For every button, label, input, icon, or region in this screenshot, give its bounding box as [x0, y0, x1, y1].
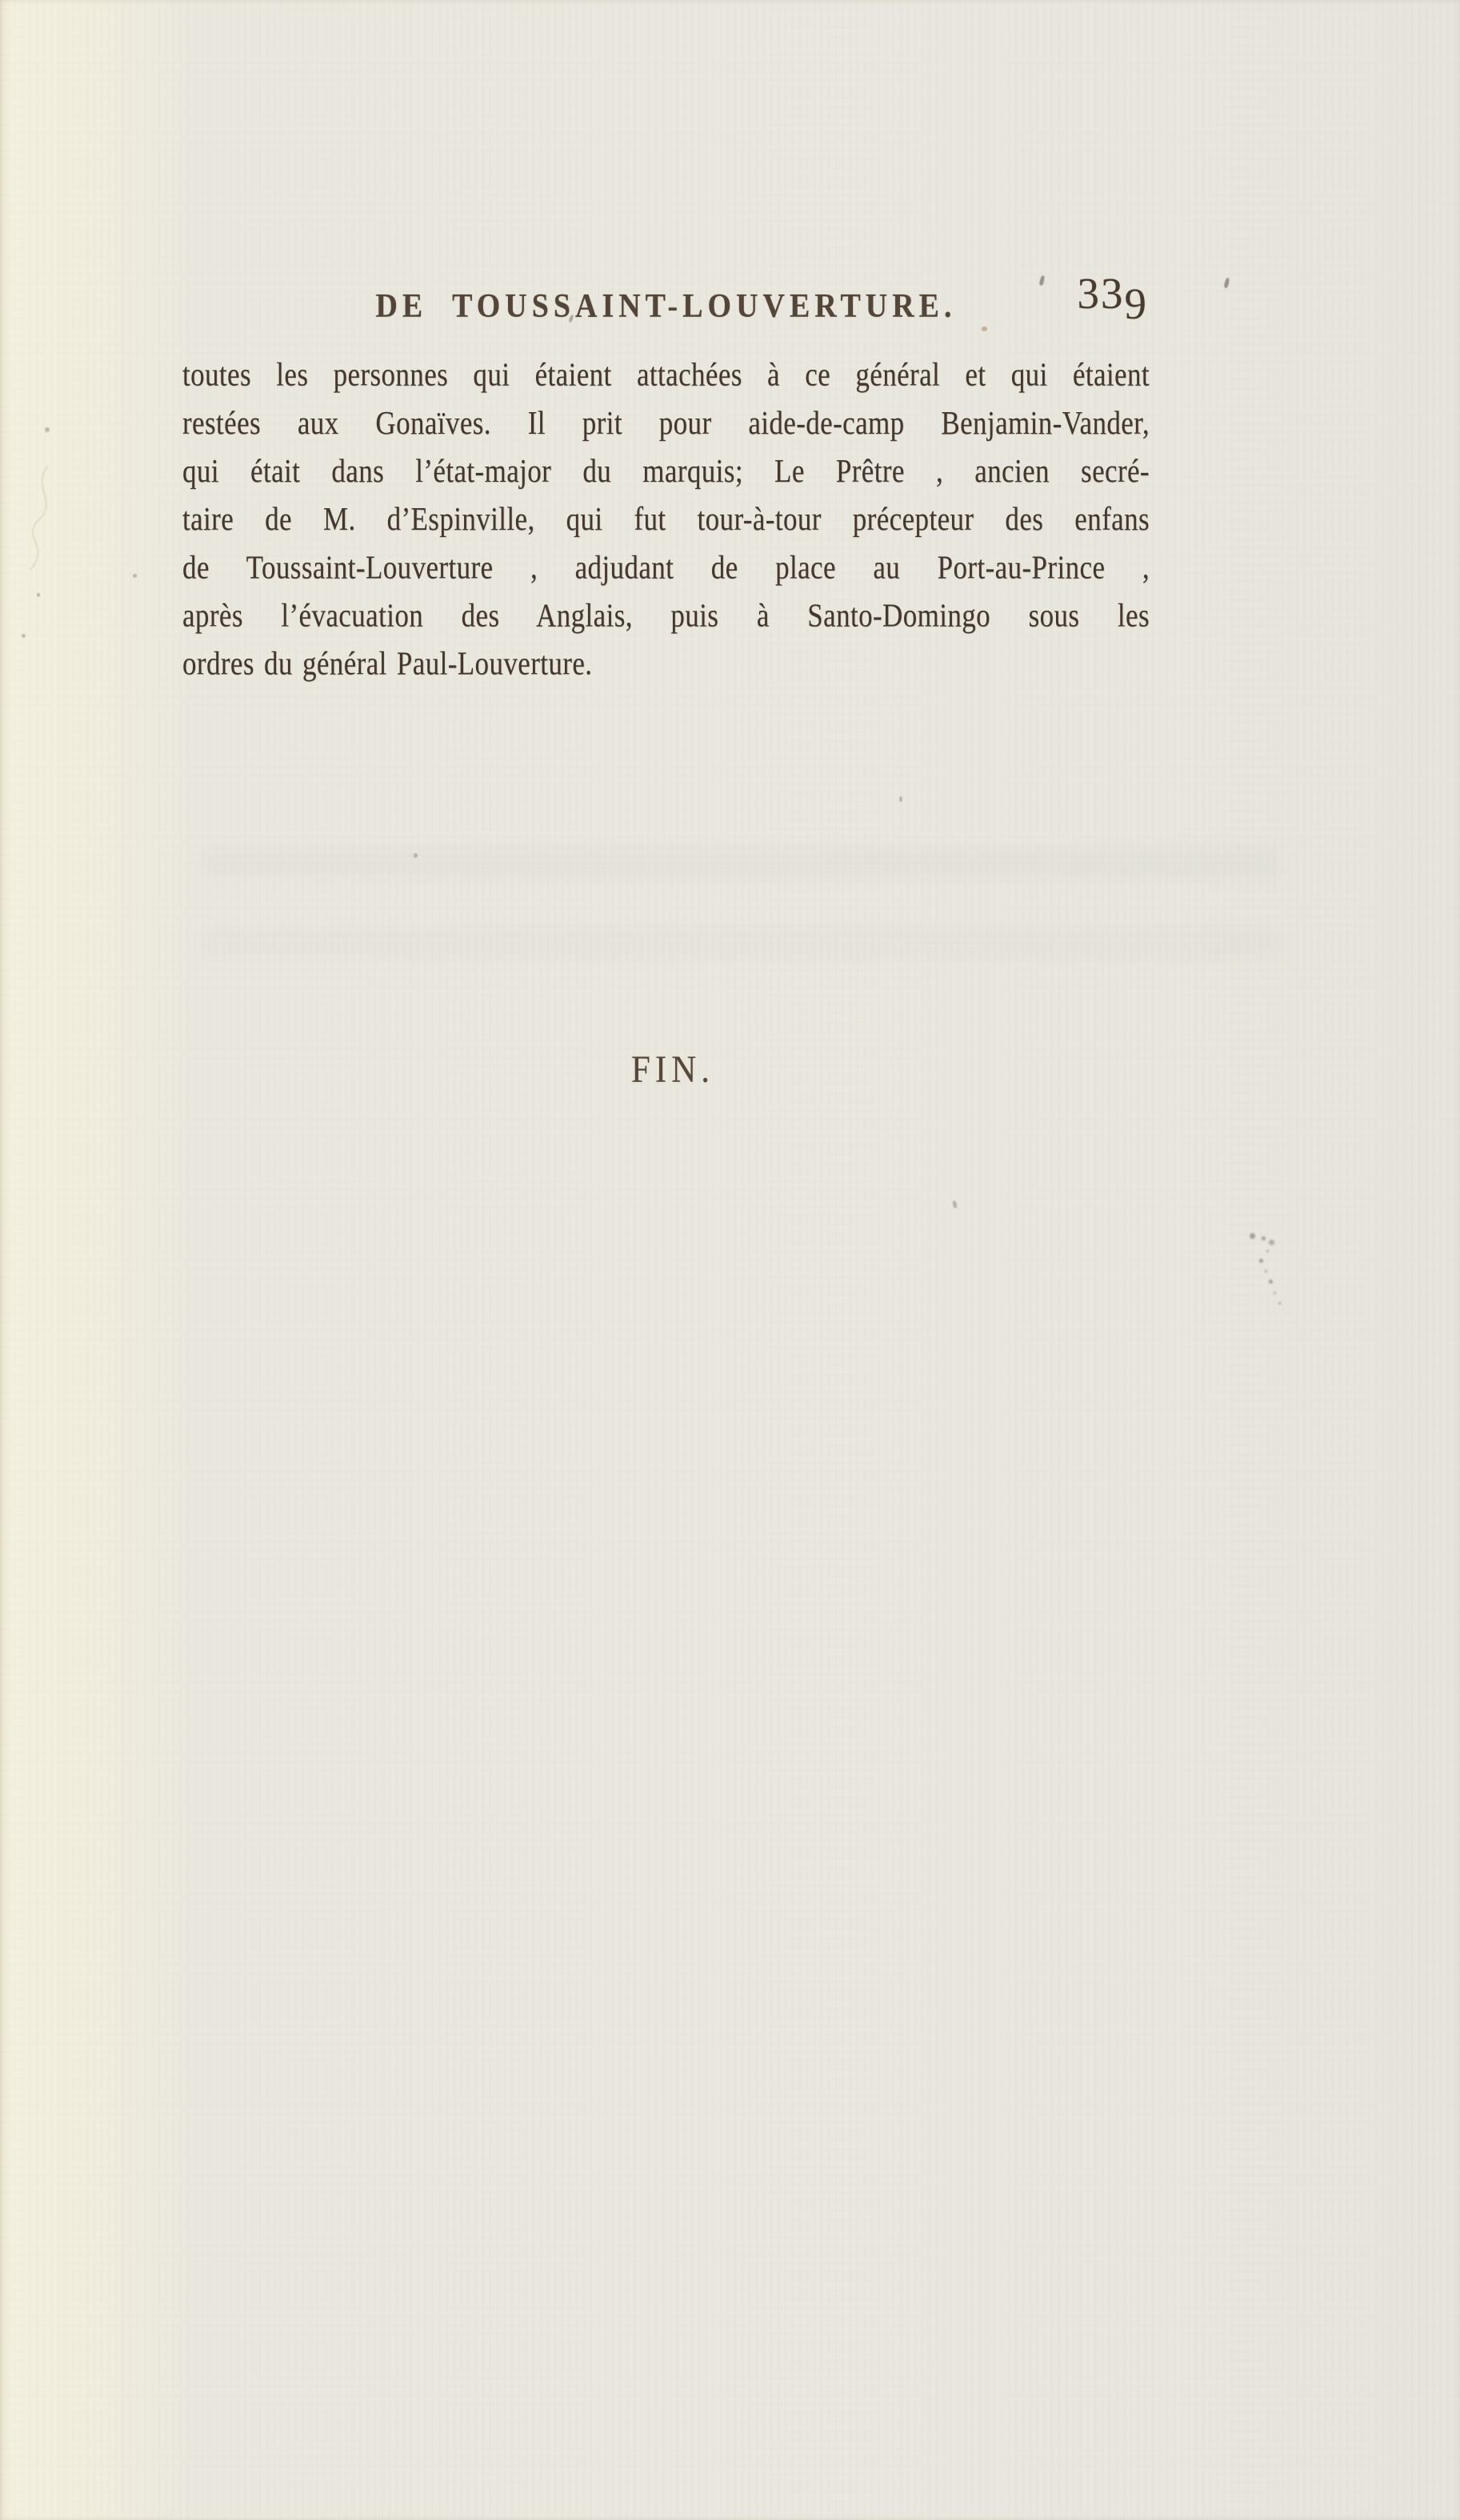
paper-speck	[45, 427, 50, 432]
page-number-oldstyle-nine: 9	[1125, 278, 1149, 329]
paper-speck	[22, 634, 26, 638]
page-header: DE TOUSSAINT-LOUVERTURE. 339	[182, 272, 1150, 344]
page-ghosting	[200, 848, 1280, 877]
stray-apostrophe-mark	[1224, 278, 1230, 289]
paper-speck	[899, 796, 902, 802]
page-ghosting	[200, 928, 1280, 957]
paper-speck	[414, 853, 418, 858]
paragraph-line: après l’évacuation des Anglais, puis à S…	[182, 591, 1150, 639]
running-title: DE TOUSSAINT-LOUVERTURE.	[375, 286, 956, 326]
paragraph-line: taire de M. d’Espinville, qui fut tour-à…	[182, 495, 1150, 543]
fin-label: FIN.	[631, 1048, 714, 1092]
paper-speck	[37, 593, 40, 597]
paragraph-line: toutes les personnes qui étaient attaché…	[182, 351, 1150, 399]
scanned-book-page: DE TOUSSAINT-LOUVERTURE. 339 toutes les …	[0, 0, 1460, 2520]
paper-speck	[133, 574, 137, 578]
paragraph-line: restées aux Gonaïves. Il prit pour aide-…	[182, 399, 1150, 447]
page-number: 339	[1078, 268, 1149, 319]
page-number-leading-digits: 33	[1078, 269, 1125, 318]
body-paragraph: toutes les personnes qui étaient attaché…	[182, 351, 1150, 687]
paper-crease	[13, 463, 69, 575]
paragraph-line: qui était dans l’état-major du marquis; …	[182, 447, 1150, 495]
ink-smudge	[1250, 1233, 1255, 1239]
paragraph-line: de Toussaint-Louverture , adjudant de pl…	[182, 543, 1150, 591]
paper-speck	[952, 1200, 958, 1209]
paragraph-line: ordres du général Paul-Louverture.	[182, 639, 1150, 687]
